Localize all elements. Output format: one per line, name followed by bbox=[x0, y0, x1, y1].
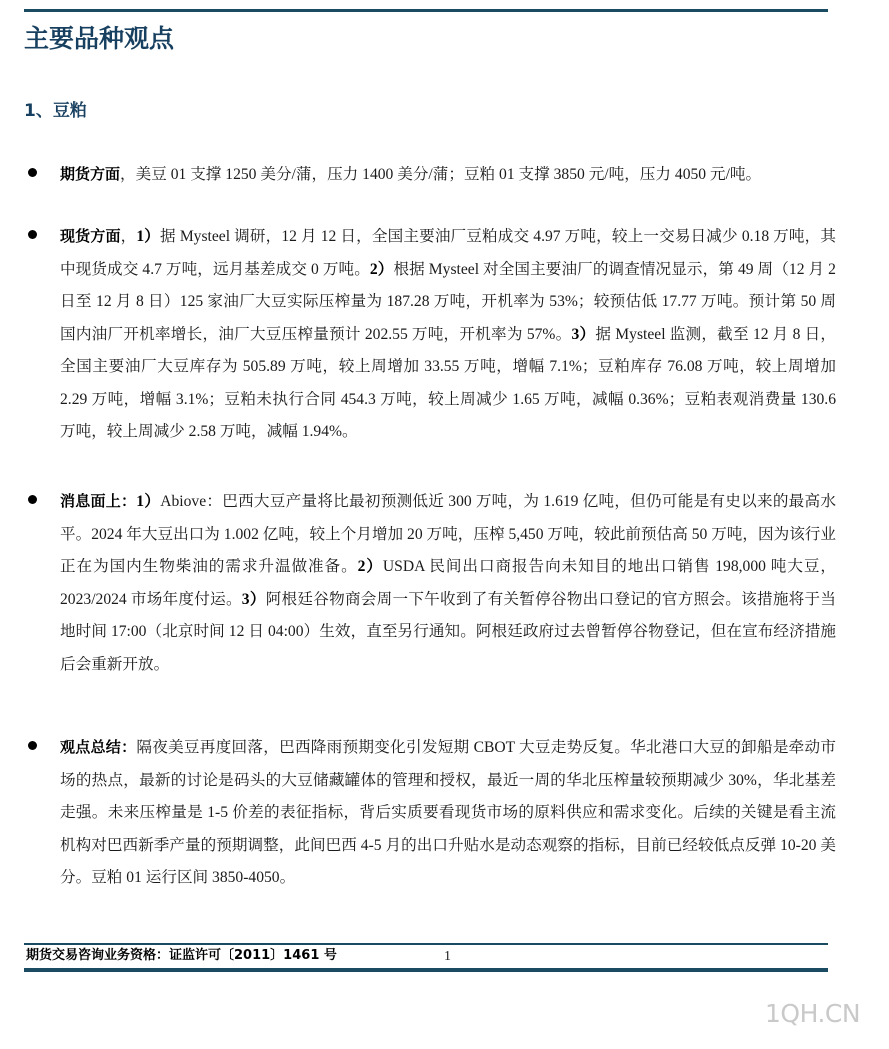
bullet-lead: 期货方面 bbox=[60, 165, 120, 183]
bullet-lead: 现货方面 bbox=[60, 227, 121, 245]
bullet-dot-icon bbox=[28, 741, 37, 750]
bullet-text: 期货方面，美豆 01 支撑 1250 美分/蒲，压力 1400 美分/蒲；豆粕 … bbox=[60, 158, 836, 192]
bullet-dot-icon bbox=[28, 168, 37, 177]
page-title: 主要品种观点 bbox=[24, 22, 174, 56]
bullet-dot-icon bbox=[28, 230, 37, 239]
item-number: 3） bbox=[571, 326, 595, 343]
bullet-body: 隔夜美豆再度回落，巴西降雨预期变化引发短期 CBOT 大豆走势反复。华北港口大豆… bbox=[60, 739, 836, 886]
bullet-news: 消息面上：1）Abiove：巴西大豆产量将比最初预测低近 300 万吨，为 1.… bbox=[24, 485, 836, 681]
bullet-body: ， bbox=[121, 228, 137, 245]
bullet-futures: 期货方面，美豆 01 支撑 1250 美分/蒲，压力 1400 美分/蒲；豆粕 … bbox=[24, 158, 836, 192]
bullet-text: 观点总结：隔夜美豆再度回落，巴西降雨预期变化引发短期 CBOT 大豆走势反复。华… bbox=[60, 731, 836, 895]
page-number: 1 bbox=[444, 948, 451, 966]
bullet-spot: 现货方面，1）据 Mysteel 调研，12 月 12 日，全国主要油厂豆粕成交… bbox=[24, 220, 836, 449]
item-number: 3） bbox=[242, 591, 266, 608]
item-number: 1） bbox=[136, 228, 160, 245]
bullet-lead: 观点总结： bbox=[60, 738, 136, 756]
footer-rule-top bbox=[24, 943, 828, 945]
item-number: 2） bbox=[370, 261, 394, 278]
item-number: 2） bbox=[358, 558, 383, 575]
footer-license: 期货交易咨询业务资格：证监许可〔2011〕1461 号 bbox=[26, 947, 337, 965]
bullet-dot-icon bbox=[28, 495, 37, 504]
bullet-summary: 观点总结：隔夜美豆再度回落，巴西降雨预期变化引发短期 CBOT 大豆走势反复。华… bbox=[24, 731, 836, 895]
bullet-text: 现货方面，1）据 Mysteel 调研，12 月 12 日，全国主要油厂豆粕成交… bbox=[60, 220, 836, 449]
header-rule bbox=[24, 9, 828, 12]
bullet-body: ，美豆 01 支撑 1250 美分/蒲，压力 1400 美分/蒲；豆粕 01 支… bbox=[120, 166, 761, 183]
footer-rule-bottom bbox=[24, 968, 828, 972]
bullet-lead: 消息面上： bbox=[60, 492, 136, 510]
watermark: 1QH.CN bbox=[765, 998, 860, 1030]
bullet-text: 消息面上：1）Abiove：巴西大豆产量将比最初预测低近 300 万吨，为 1.… bbox=[60, 485, 836, 681]
section-heading-soybean-meal: 1、豆粕 bbox=[24, 99, 87, 123]
item-number: 1） bbox=[136, 493, 160, 510]
